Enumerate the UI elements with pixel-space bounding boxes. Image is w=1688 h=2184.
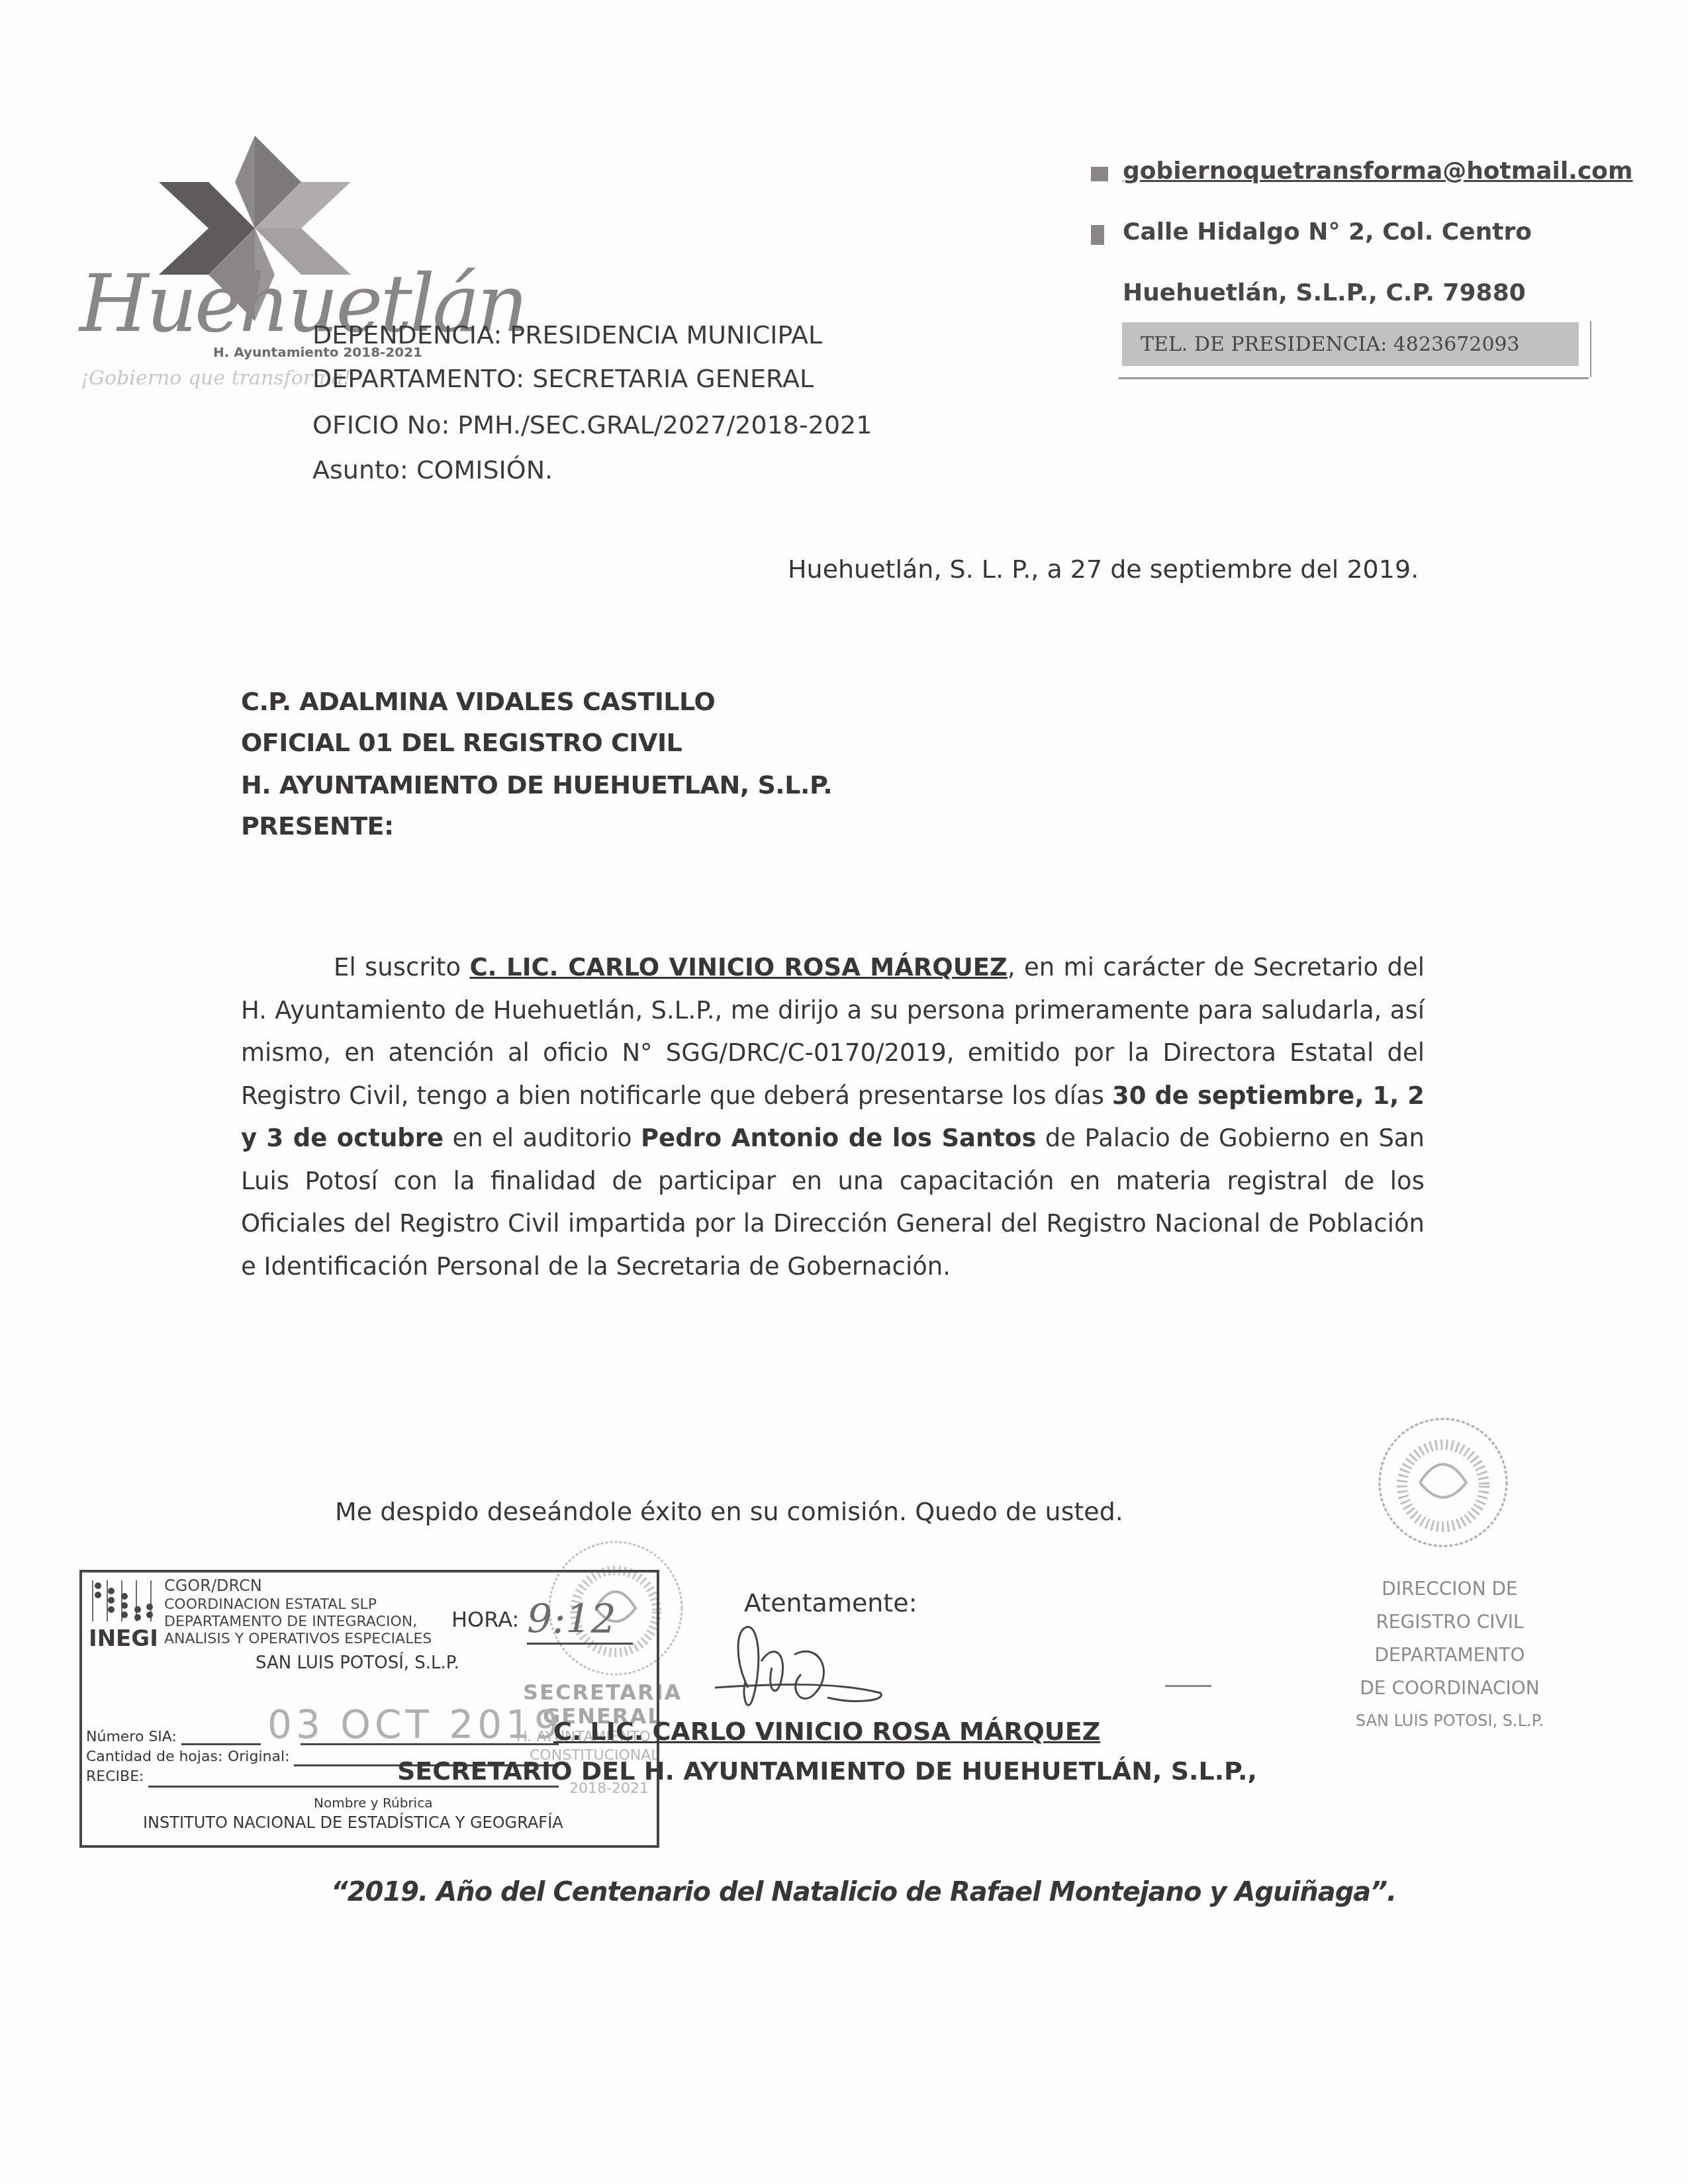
signer-name: C. LIC. CARLO VINICIO ROSA MÁRQUEZ [553, 1717, 1100, 1746]
phone-box-vrule [1590, 321, 1591, 377]
phone-box: TEL. DE PRESIDENCIA: 4823672093 [1122, 322, 1579, 366]
email-bullet-icon [1091, 167, 1108, 181]
sender-name-inline: C. LIC. CARLO VINICIO ROSA MÁRQUEZ [469, 953, 1008, 981]
sia-line-2 [301, 1743, 559, 1745]
inegi-institution: INSTITUTO NACIONAL DE ESTADÍSTICA Y GEOG… [143, 1813, 563, 1832]
inegi-hora-label: HORA: [451, 1607, 519, 1632]
rc-direccion: DIRECCION DE [1344, 1578, 1556, 1600]
address-line-2: Huehuetlán, S.L.P., C.P. 79880 [1123, 279, 1526, 306]
inegi-departamento: DEPARTAMENTO DE INTEGRACION, [164, 1614, 417, 1630]
contact-email[interactable]: gobiernoquetransforma@hotmail.com [1123, 158, 1633, 185]
inegi-field-recibe: RECIBE: [86, 1768, 144, 1785]
stray-mark [1165, 1685, 1211, 1687]
recipient-name: C.P. ADALMINA VIDALES CASTILLO [241, 687, 715, 716]
inegi-field-original: Original: [228, 1749, 290, 1765]
rc-city: SAN LUIS POTOSI, S.L.P. [1344, 1711, 1556, 1730]
signer-title: SECRETARIO DEL H. AYUNTAMIENTO DE HUEHUE… [397, 1756, 1257, 1786]
inegi-received-date: 03 OCT 2019 [267, 1702, 563, 1747]
atentamente-label: Atentamente: [744, 1588, 917, 1617]
contact-address-1: Calle Hidalgo N° 2, Col. Centro [1123, 218, 1532, 246]
address-line-1: Calle Hidalgo N° 2, Col. Centro [1123, 218, 1532, 246]
sia-line [181, 1743, 261, 1745]
body-paragraph: El suscrito C. LIC. CARLO VINICIO ROSA M… [241, 946, 1425, 1288]
inegi-brand: INEGI [89, 1625, 158, 1652]
inegi-city: SAN LUIS POTOSÍ, S.L.P. [256, 1653, 459, 1673]
inegi-coordinacion: COORDINACION ESTATAL SLP [164, 1596, 377, 1613]
recipient-salutation: PRESENTE: [241, 811, 394, 841]
letter-date: Huehuetlán, S. L. P., a 27 de septiembre… [788, 555, 1419, 584]
asunto-line: Asunto: COMISIÓN. [312, 455, 553, 484]
phone-box-rule [1119, 377, 1589, 379]
year-motto: “2019. Año del Centenario del Natalicio … [331, 1877, 1396, 1907]
recipient-position: OFICIAL 01 DEL REGISTRO CIVIL [241, 728, 682, 757]
rc-registro-civil: REGISTRO CIVIL [1344, 1611, 1556, 1633]
inegi-field-hojas: Cantidad de hojas: [86, 1749, 222, 1765]
venue-name: Pedro Antonio de los Santos [641, 1124, 1037, 1152]
rc-coordinacion: DE COORDINACION [1344, 1677, 1556, 1699]
departamento-line: DEPARTAMENTO: SECRETARIA GENERAL [312, 364, 814, 393]
dependencia-line: DEPENDENCIA: PRESIDENCIA MUNICIPAL [312, 320, 822, 349]
rc-departamento: DEPARTAMENTO [1344, 1644, 1556, 1666]
oficio-number: OFICIO No: PMH./SEC.GRAL/2027/2018-2021 [312, 410, 872, 439]
closing-line: Me despido deseándole éxito en su comisi… [335, 1497, 1123, 1526]
inegi-operativos: ANALISIS Y OPERATIVOS ESPECIALES [164, 1631, 432, 1647]
address-bullet-icon [1091, 225, 1104, 245]
recipient-institution: H. AYUNTAMIENTO DE HUEHUETLAN, S.L.P. [241, 770, 832, 799]
registro-civil-seal-icon [1370, 1410, 1516, 1555]
inegi-signature-caption: Nombre y Rúbrica [314, 1795, 432, 1811]
recibe-line [148, 1786, 559, 1788]
logo-slogan: ¡Gobierno que transforma! [81, 367, 352, 390]
email-link[interactable]: gobiernoquetransforma@hotmail.com [1123, 158, 1633, 185]
inegi-field-sia: Número SIA: [86, 1729, 177, 1745]
inegi-receipt-stamp: INEGI CGOR/DRCN COORDINACION ESTATAL SLP… [79, 1570, 659, 1848]
inegi-logo-icon [90, 1580, 162, 1623]
inegi-hora-value: 9:12 [527, 1596, 633, 1645]
inegi-code: CGOR/DRCN [164, 1576, 262, 1595]
handwritten-signature-icon [715, 1621, 887, 1721]
